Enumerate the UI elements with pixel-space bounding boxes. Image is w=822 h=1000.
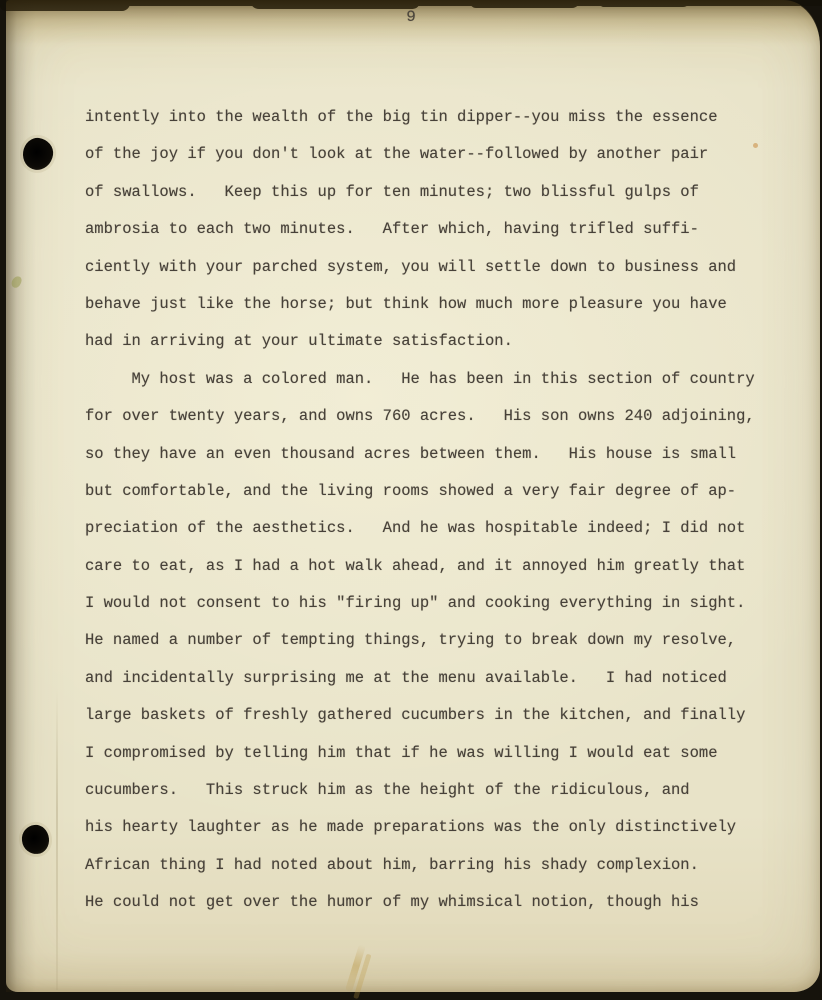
- text-line: of swallows. Keep this up for ten minute…: [85, 181, 775, 218]
- text-line: behave just like the horse; but think ho…: [85, 293, 775, 330]
- text-line: intently into the wealth of the big tin …: [85, 106, 775, 143]
- typewritten-text-block: intently into the wealth of the big tin …: [85, 106, 775, 929]
- scan-top-tear: [470, 0, 580, 8]
- text-line: African thing I had noted about him, bar…: [85, 854, 775, 891]
- text-line: large baskets of freshly gathered cucumb…: [85, 704, 775, 741]
- scan-top-tear: [0, 0, 130, 11]
- text-line: and incidentally surprising me at the me…: [85, 667, 775, 704]
- text-line: He named a number of tempting things, tr…: [85, 629, 775, 666]
- text-line: his hearty laughter as he made preparati…: [85, 816, 775, 853]
- text-line: I would not consent to his "firing up" a…: [85, 592, 775, 629]
- text-line: of the joy if you don't look at the wate…: [85, 143, 775, 180]
- text-line: but comfortable, and the living rooms sh…: [85, 480, 775, 517]
- page-number: 9: [396, 8, 426, 26]
- text-line: preciation of the aesthetics. And he was…: [85, 517, 775, 554]
- scan-top-tear: [250, 0, 420, 9]
- text-line: for over twenty years, and owns 760 acre…: [85, 405, 775, 442]
- text-line: He could not get over the humor of my wh…: [85, 891, 775, 928]
- text-line: ciently with your parched system, you wi…: [85, 256, 775, 293]
- scan-top-tear: [600, 0, 690, 7]
- text-line: had in arriving at your ultimate satisfa…: [85, 330, 775, 367]
- text-line: I compromised by telling him that if he …: [85, 742, 775, 779]
- text-line: My host was a colored man. He has been i…: [85, 368, 775, 405]
- text-line: care to eat, as I had a hot walk ahead, …: [85, 555, 775, 592]
- text-line: cucumbers. This struck him as the height…: [85, 779, 775, 816]
- text-line: ambrosia to each two minutes. After whic…: [85, 218, 775, 255]
- text-line: so they have an even thousand acres betw…: [85, 443, 775, 480]
